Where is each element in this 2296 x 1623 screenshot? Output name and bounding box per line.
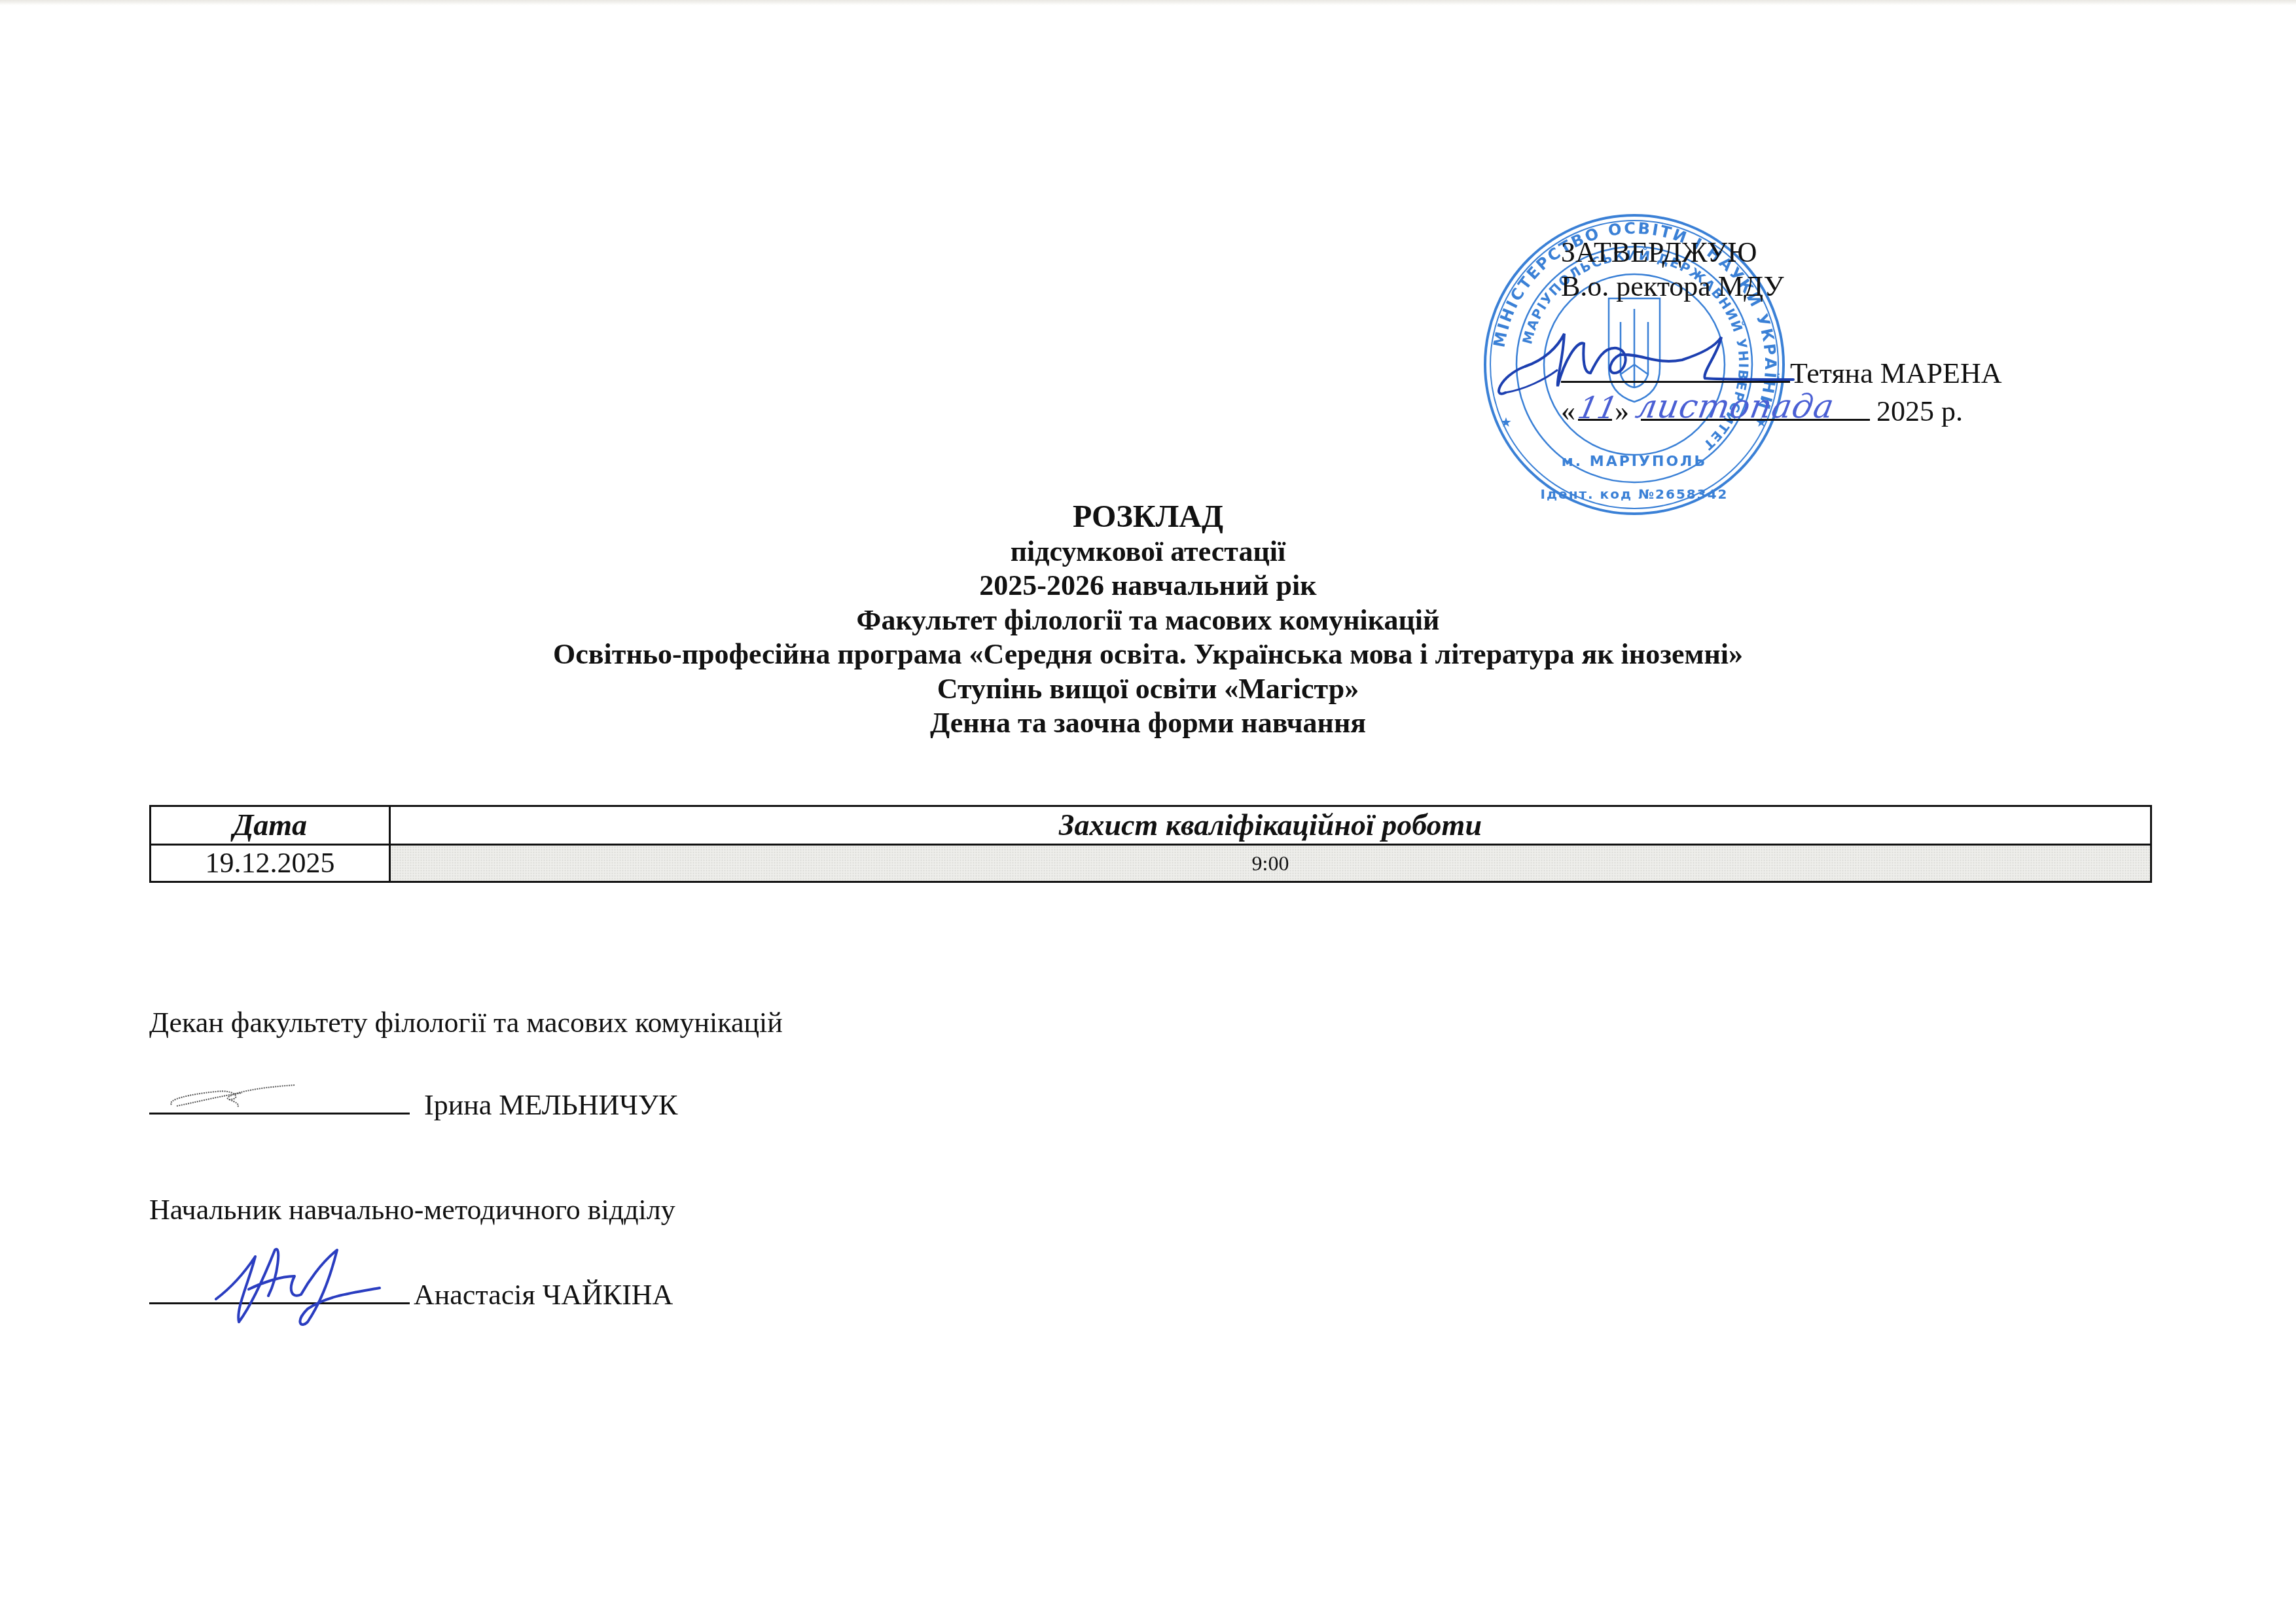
date-year: 2025 р. [1876, 395, 1963, 427]
title-degree: Ступінь вищої освіти «Магістр» [0, 672, 2296, 707]
day-underline [1578, 393, 1612, 421]
title-academic-year: 2025-2026 навчальний рік [0, 569, 2296, 603]
stamp-city-text: м. МАРІУПОЛЬ [1562, 454, 1707, 470]
head-of-department-title: Начальник навчально-методичного відділу [149, 1193, 675, 1227]
dean-name: Ірина МЕЛЬНИЧУК [424, 1089, 677, 1121]
table-row: 19.12.2025 9:00 [151, 845, 2151, 882]
approval-date: «»2025 р. [1561, 393, 1963, 429]
schedule-table: Дата Захист кваліфікаційної роботи 19.12… [149, 805, 2152, 883]
title-program: Освітньо-професійна програма «Середня ос… [0, 637, 2296, 672]
cell-defense-time: 9:00 [390, 845, 2151, 882]
cell-date: 19.12.2025 [151, 845, 390, 882]
title-study-forms: Денна та заочна форми навчання [0, 706, 2296, 741]
approval-signer-name: Тетяна МАРЕНА [1790, 357, 2002, 389]
dean-signature-underline [149, 1086, 410, 1115]
document-title: РОЗКЛАД [0, 500, 2296, 535]
approval-title: ЗАТВЕРДЖУЮ [1561, 236, 1757, 270]
title-faculty: Факультет філології та масових комунікац… [0, 603, 2296, 638]
approval-signature-line: Тетяна МАРЕНА [1561, 355, 2002, 391]
dean-title: Декан факультету філології та масових ко… [149, 1006, 783, 1040]
table-header-row: Дата Захист кваліфікаційної роботи [151, 806, 2151, 845]
title-subtitle: підсумкової атестації [0, 535, 2296, 569]
stamp-star-icon: ★ [1500, 416, 1512, 430]
document-title-block: РОЗКЛАД підсумкової атестації 2025-2026 … [0, 500, 2296, 741]
scan-edge [0, 0, 2296, 5]
date-close-quote: » [1615, 395, 1629, 427]
signature-underline [1561, 355, 1790, 383]
approval-role: В.о. ректора МДУ [1561, 270, 1784, 304]
column-header-date: Дата [151, 806, 390, 845]
dean-signature-line: Ірина МЕЛЬНИЧУК [149, 1086, 677, 1122]
date-open-quote: « [1561, 395, 1575, 427]
column-header-defense: Захист кваліфікаційної роботи [390, 806, 2151, 845]
head-signature-line: Анастасія ЧАЙКІНА [149, 1276, 673, 1312]
month-underline [1641, 393, 1870, 421]
head-name: Анастасія ЧАЙКІНА [414, 1279, 673, 1311]
head-signature-underline [149, 1276, 410, 1304]
